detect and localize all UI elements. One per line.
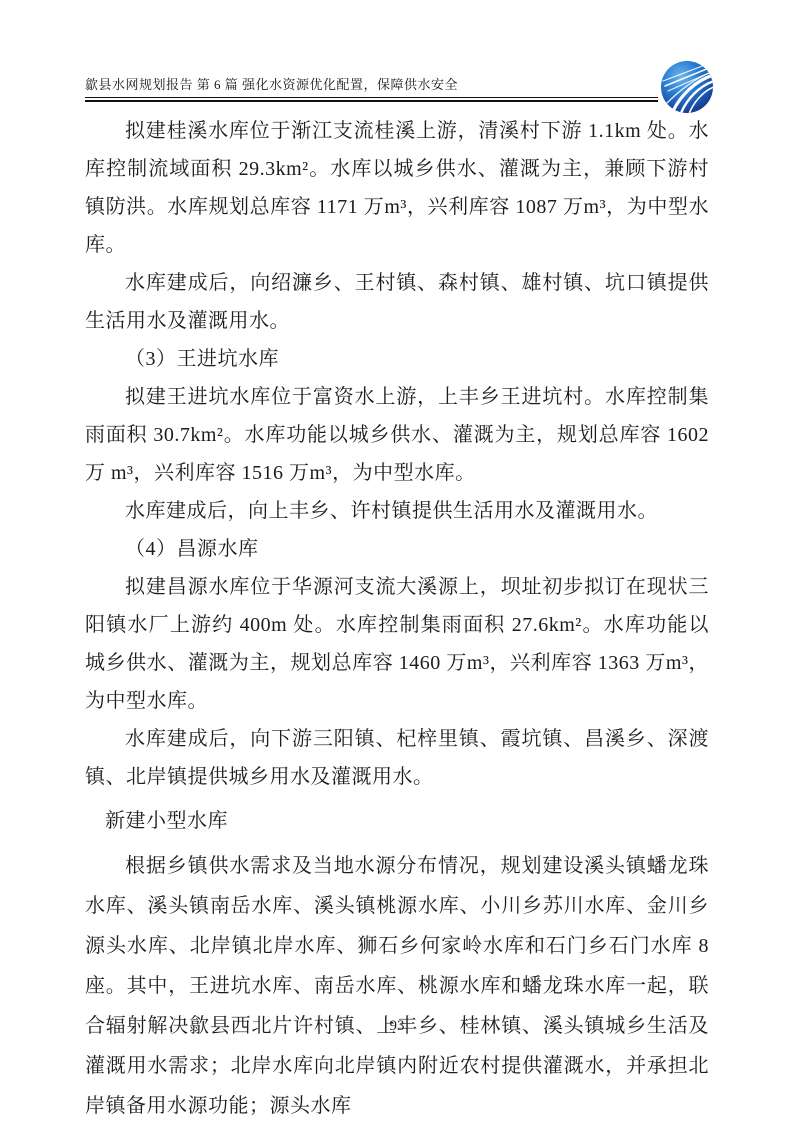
report-page: 歙县水网规划报告 第 6 篇 强化水资源优化配置，保障供水安全: [0, 0, 794, 1122]
paragraph-small-reservoir-plan: 根据乡镇供水需求及当地水源分布情况，规划建设溪头镇蟠龙珠水库、溪头镇南岳水库、溪…: [85, 846, 709, 1122]
paragraph-wangjinkeng-supply: 水库建成后，向上丰乡、许村镇提供生活用水及灌溉用水。: [85, 492, 709, 530]
section-subheading-small-reservoirs: 新建小型水库: [85, 802, 709, 840]
header-title: 歙县水网规划报告 第 6 篇 强化水资源优化配置，保障供水安全: [85, 74, 658, 97]
header-double-rule: [85, 97, 658, 102]
paragraph-changyuan-supply: 水库建成后，向下游三阳镇、杞梓里镇、霞坑镇、昌溪乡、深渡镇、北岸镇提供城乡用水及…: [85, 720, 709, 796]
paragraph-guixi-reservoir: 拟建桂溪水库位于渐江支流桂溪上游，清溪村下游 1.1km 处。水库控制流域面积 …: [85, 112, 709, 264]
paragraph-guixi-supply: 水库建成后，向绍濂乡、王村镇、森村镇、雄村镇、坑口镇提供生活用水及灌溉用水。: [85, 264, 709, 340]
paragraph-changyuan-reservoir: 拟建昌源水库位于华源河支流大溪源上，坝址初步拟订在现状三阳镇水厂上游约 400m…: [85, 568, 709, 720]
numbered-heading-changyuan: （4）昌源水库: [85, 530, 709, 568]
document-body: 拟建桂溪水库位于渐江支流桂溪上游，清溪村下游 1.1km 处。水库控制流域面积 …: [85, 112, 709, 1122]
page-number: 93: [0, 1018, 794, 1035]
blue-globe-road-logo-icon: [659, 59, 715, 115]
page-header: 歙县水网规划报告 第 6 篇 强化水资源优化配置，保障供水安全: [85, 74, 658, 102]
numbered-heading-wangjinkeng: （3）王进坑水库: [85, 340, 709, 378]
paragraph-wangjinkeng-reservoir: 拟建王进坑水库位于富资水上游，上丰乡王进坑村。水库控制集雨面积 30.7km²。…: [85, 378, 709, 492]
